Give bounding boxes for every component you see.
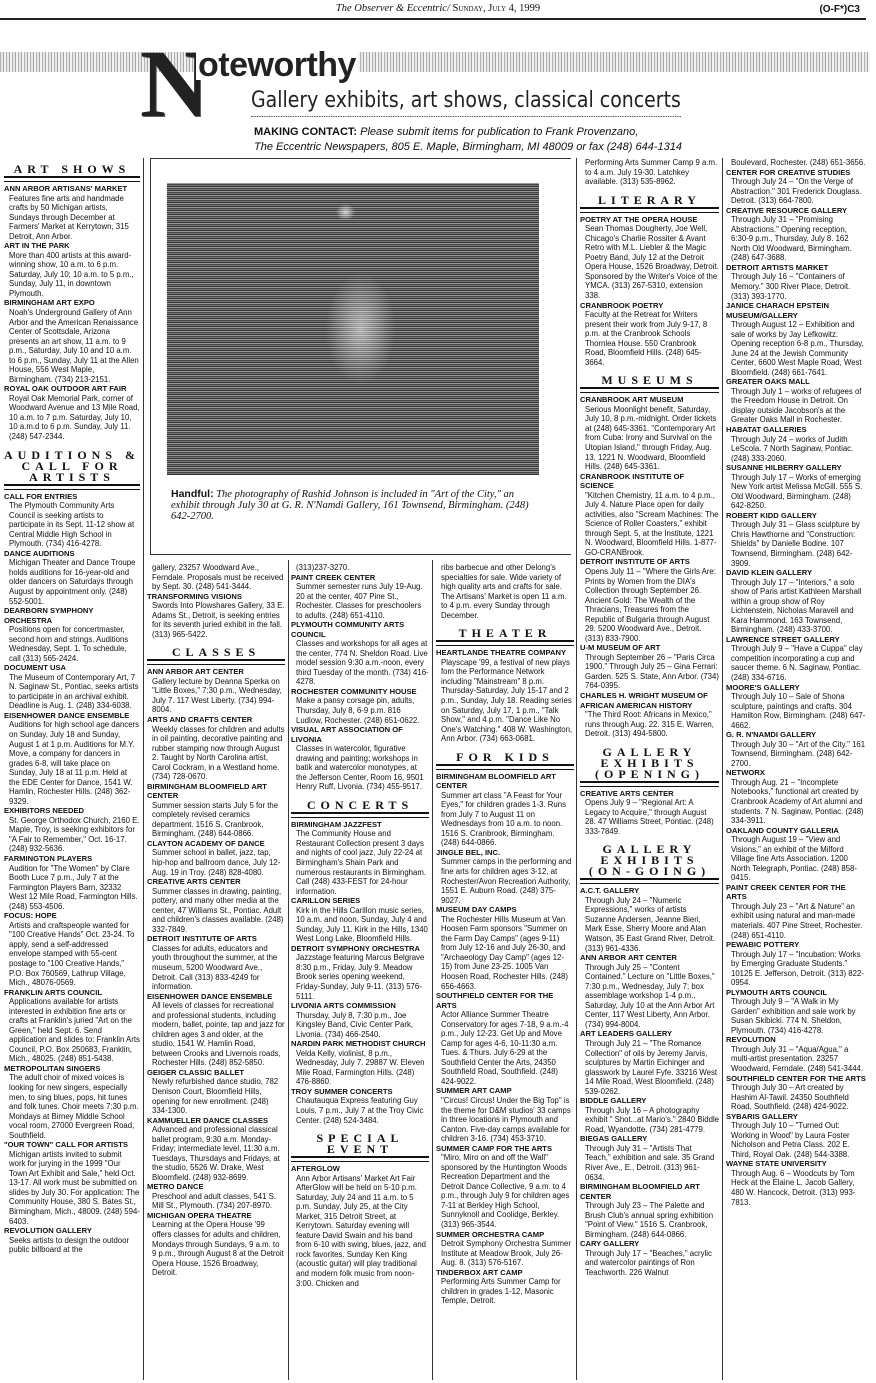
listing-text: Preschool and adult classes, 541 S. Mill…: [147, 1192, 285, 1211]
listing: Royal Oak Outdoor Art FairRoyal Oak Memo…: [4, 384, 140, 441]
listing: Jingle Bel, Inc.Summer camps in the perf…: [436, 848, 574, 905]
listing: Art Leaders GalleryThrough July 21 – "Th…: [580, 1029, 719, 1096]
page-title: oteworthy: [196, 50, 358, 80]
listing-text: Through July 10 – "Turned Out: Working i…: [726, 1121, 866, 1159]
listing-name: Eisenhower Dance Ensemble: [4, 711, 140, 721]
listing: Summer Art Camp"Circus! Circus! Under th…: [436, 1086, 574, 1143]
listing-name: Heartlande Theatre Company: [436, 648, 574, 658]
listing: Metro DancePreschool and adult classes, …: [147, 1182, 285, 1211]
listing-text: "Kitchen Chemistry, 11 a.m. to 4 p.m., J…: [580, 491, 719, 558]
page-code: (O-F*)C3: [819, 4, 860, 15]
listing-text: Actor Alliance Summer Theatre Conservato…: [436, 1010, 574, 1086]
listing-name: Creative Arts Center: [147, 877, 285, 887]
section-rule: [580, 878, 719, 884]
listing-text: Michigan artists invited to submit work …: [4, 1150, 140, 1226]
listing-name: Birmingham Bloomfield Art Center: [580, 1182, 719, 1201]
listing-text: Through July 17 – "Beaches," acrylic and…: [580, 1249, 719, 1278]
listing: Eisenhower Dance EnsembleAll levels of c…: [147, 992, 285, 1068]
listing-continued: Boulevard, Rochester. (248) 651-3656.: [726, 158, 866, 168]
listing-text: St. George Orthodox Church, 2160 E. Mapl…: [4, 816, 140, 854]
listing-name: Janice Charach Epstein Museum/Gallery: [726, 301, 866, 320]
section-title-for-kids: FOR KIDS: [436, 752, 574, 763]
caption-text: The photography of Rashid Johnson is inc…: [171, 489, 529, 522]
listing: "Our Town" Call for ArtistsMichigan arti…: [4, 1140, 140, 1226]
listing-name: Cranbrook Art Museum: [580, 395, 719, 405]
listing-text: Serious Moonlight benefit, Saturday, Jul…: [580, 405, 719, 472]
listing-name: Tinderbox Art Camp: [436, 1268, 574, 1278]
listing-text: Opens July 11 – "Where the Girls Are: Pr…: [580, 567, 719, 643]
section-title-gallery-ongoing: GALLERY EXHIBITS (ON-GOING): [580, 844, 719, 877]
listing-name: Birmingham Art Expo: [4, 298, 140, 308]
section-title-literary: LITERARY: [580, 195, 719, 206]
listing: Arts and Crafts CenterWeekly classes for…: [147, 715, 285, 782]
listing: Southfield Center for the ArtsThrough Ju…: [726, 1074, 866, 1112]
listing: Oakland County GalleriaThrough August 19…: [726, 826, 866, 883]
listing: Summer Orchestra CampDetroit Symphony Or…: [436, 1230, 574, 1268]
listing-text: Kirk in the Hills Carillon music series,…: [291, 906, 429, 944]
section-rule: [147, 659, 285, 665]
section-rule: [580, 387, 719, 393]
listing-name: Pewabic Pottery: [726, 940, 866, 950]
listing: Museum Day CampsThe Rochester Hills Muse…: [436, 905, 574, 991]
listing-name: Ann Arbor Artisans' Market: [4, 184, 140, 194]
listing-name: Ann Arbor Art Center: [147, 667, 285, 677]
listing: Robert Kidd GalleryThrough July 31 – Gla…: [726, 511, 866, 568]
listing-name: Visual Art Association of Livonia: [291, 725, 429, 744]
listing-name: Nardin Park Methodist Church: [291, 1039, 429, 1049]
listing: Farmington PlayersAudition for "The Wome…: [4, 854, 140, 911]
listing: Metropolitan SingersThe adult choir of m…: [4, 1064, 140, 1140]
listing: Center for Creative StudiesThrough July …: [726, 168, 866, 206]
listing-text: Through July 24 – works of Judith LeScol…: [726, 435, 866, 464]
listing: Paint Creek Center for the ArtsThrough J…: [726, 883, 866, 940]
making-contact: MAKING CONTACT: Please submit items for …: [254, 125, 682, 155]
listing: Southfield Center for the ArtsActor Alli…: [436, 991, 574, 1086]
listing-text: Classes in watercolor, figurative drawin…: [291, 744, 429, 792]
section-title-art-shows: ART SHOWS: [4, 164, 140, 175]
contact-line-2: The Eccentric Newspapers, 805 E. Maple, …: [254, 141, 682, 153]
section-title-special-event: SPECIAL EVENT: [291, 1133, 429, 1155]
listing-continued: ribs barbecue and other Delong's special…: [436, 563, 574, 620]
listing-name: Habatat Galleries: [726, 425, 866, 435]
listing-text: Through July 17 – "Incubation: Works by …: [726, 950, 866, 988]
listing: Susanne Hilberry GalleryThrough July 17 …: [726, 463, 866, 511]
listing-text: Through August 12 – Exhibition and sale …: [726, 320, 866, 377]
listing: Paint Creek CenterSummer semester runs J…: [291, 573, 429, 621]
listing: Biddle GalleryThrough July 16 – A photog…: [580, 1096, 719, 1134]
listing-name: Cranbrook Poetry: [580, 301, 719, 311]
listing: Cranbrook Institute of Science"Kitchen C…: [580, 472, 719, 558]
listing-name: Center for Creative Studies: [726, 168, 866, 178]
listing-text: Audition for "The Women" by Clare Booth …: [4, 864, 140, 912]
listing-name: Metro Dance: [147, 1182, 285, 1192]
listing: Troy Summer ConcertsChautauqua Express f…: [291, 1087, 429, 1125]
section-title-museums: MUSEUMS: [580, 375, 719, 386]
listing-name: Transforming Visions: [147, 592, 285, 602]
listing-text: Through July 17 – "Interiors," a solo sh…: [726, 578, 866, 635]
listing-text: Weekly classes for children and adults i…: [147, 725, 285, 782]
section-title-theater: THEATER: [436, 628, 574, 639]
listing-name: A.C.T. Gallery: [580, 886, 719, 896]
listing-text: Artists and craftspeople wanted for "100…: [4, 921, 140, 988]
listing-text: Through July 21 – "The Romance Collectio…: [580, 1039, 719, 1096]
listing: Birmingham Bloomfield Art CenterThrough …: [580, 1182, 719, 1239]
listing-name: Revolution Gallery: [4, 1226, 140, 1236]
listing: Habatat GalleriesThrough July 24 – works…: [726, 425, 866, 463]
listing: Exhibitors NeededSt. George Orthodox Chu…: [4, 806, 140, 854]
listing-name: Franklin Arts Council: [4, 988, 140, 998]
listing-name: Rochester Community House: [291, 687, 429, 697]
listing: Birmingham Bloomfield Art CenterSummer s…: [147, 782, 285, 839]
publication-date: Sunday, July 4, 1999: [453, 3, 541, 14]
listing-name: Cary Gallery: [580, 1239, 719, 1249]
listing-name: Moore's Gallery: [726, 683, 866, 693]
column-rule: [143, 158, 144, 1380]
listing-name: Afterglow: [291, 1164, 429, 1174]
listing-name: Livonia Arts Commission: [291, 1001, 429, 1011]
listing: Dearborn Symphony OrchestraPositions ope…: [4, 606, 140, 663]
listing: Visual Art Association of LivoniaClasses…: [291, 725, 429, 792]
section-rule: [291, 1156, 429, 1162]
listing-name: Biddle Gallery: [580, 1096, 719, 1106]
listing-name: Wayne State University: [726, 1159, 866, 1169]
listing: Franklin Arts CouncilApplications availa…: [4, 988, 140, 1064]
listing-text: The Rochester Hills Museum at Van Hoosen…: [436, 915, 574, 991]
contact-line-1: Please submit items for publication to F…: [360, 126, 638, 138]
listing-name: Susanne Hilberry Gallery: [726, 463, 866, 473]
listing-text: Through July 31 – "Aqua/Agua," a multi-a…: [726, 1045, 866, 1074]
listing-continued: gallery, 23257 Woodward Ave., Ferndale. …: [147, 563, 285, 592]
listing-text: Learning at the Opera House '99 offers c…: [147, 1220, 285, 1277]
listing: Kammueller Dance ClassesAdvanced and pro…: [147, 1116, 285, 1183]
listing-name: Art in the Park: [4, 241, 140, 251]
listing-text: Make a pansy corsage pin, adults, Thursd…: [291, 696, 429, 725]
listing: Creative Resource GalleryThrough July 31…: [726, 206, 866, 263]
listing-name: Metropolitan Singers: [4, 1064, 140, 1074]
photo-caption: Handful: The photography of Rashid Johns…: [171, 489, 541, 522]
listing-name: Dance Auditions: [4, 549, 140, 559]
listing-text: Through July 17 – Works of emerging New …: [726, 473, 866, 511]
listing-text: Velda Kelly, violinist, 8 p.m., Wednesda…: [291, 1049, 429, 1087]
listing-text: Through July 16 – "Containers of Memory.…: [726, 272, 866, 301]
listing: Lawrence Street GalleryThrough July 9 – …: [726, 635, 866, 683]
listing: RevolutionThrough July 31 – "Aqua/Agua,"…: [726, 1035, 866, 1073]
listing: U-M Museum of ArtThrough September 26 – …: [580, 643, 719, 691]
listing-text: Jazzstage featuring Marcus Belgrave 8:30…: [291, 953, 429, 1001]
listing-text: Summer classes in drawing, painting, pot…: [147, 887, 285, 935]
listing-text: Positions open for concertmaster, second…: [4, 625, 140, 663]
listing-text: The Plymouth Community Arts Council is s…: [4, 501, 140, 549]
listing-name: Birmingham Bloomfield Art Center: [436, 772, 574, 791]
photo-rashid-johnson: [167, 183, 539, 475]
listing: Plymouth Community Arts CouncilClasses a…: [291, 620, 429, 687]
listing: Greater Oaks MallThrough July 1 – works …: [726, 377, 866, 425]
section-title-gallery-opening: GALLERY EXHIBITS (OPENING): [580, 747, 719, 780]
listing-text: Through July 30 – "Art of the City." 161…: [726, 740, 866, 769]
listing: Detroit Institute of ArtsOpens July 11 –…: [580, 557, 719, 643]
section-rule: [580, 207, 719, 213]
listing-name: Cranbrook Institute of Science: [580, 472, 719, 491]
listing-text: Through July 31 – "Artists That Teach," …: [580, 1144, 719, 1182]
listing-text: Gallery lecture by Deanna Sperka on "Lit…: [147, 677, 285, 715]
listing: Plymouth Arts CouncilThrough July 9 – "A…: [726, 988, 866, 1036]
listing-text: Detroit Symphony Orchestra Summer Instit…: [436, 1239, 574, 1268]
listing: Moore's GalleryThrough July 10 – Sale of…: [726, 683, 866, 731]
listing: Ann Arbor Art CenterGallery lecture by D…: [147, 667, 285, 715]
listing-text: Summer camps in the performing and fine …: [436, 857, 574, 905]
listing-name: Summer Art Camp: [436, 1086, 574, 1096]
listing: Janice Charach Epstein Museum/GalleryThr…: [726, 301, 866, 377]
publication-line: The Observer & Eccentric/ Sunday, July 4…: [0, 3, 876, 14]
listing-name: Robert Kidd Gallery: [726, 511, 866, 521]
listing-name: Greater Oaks Mall: [726, 377, 866, 387]
listing-text: Through July 10 – Sale of Shona sculptur…: [726, 692, 866, 730]
listing-name: "Our Town" Call for Artists: [4, 1140, 140, 1150]
listing: Birmingham Art ExpoNoah's Underground Ga…: [4, 298, 140, 384]
listing: Carillon SeriesKirk in the Hills Carillo…: [291, 896, 429, 944]
listing: Cranbrook Art MuseumSerious Moonlight be…: [580, 395, 719, 471]
title-line: (OPENING): [580, 769, 719, 780]
listing-name: Detroit Institute of Arts: [147, 934, 285, 944]
listing-name: Plymouth Community Arts Council: [291, 620, 429, 639]
listing: Detroit Institute of ArtsClasses for adu…: [147, 934, 285, 991]
listing-text: Summer school in ballet, jazz, tap, hip-…: [147, 848, 285, 877]
listing: Nardin Park Methodist ChurchVelda Kelly,…: [291, 1039, 429, 1087]
section-rule: [436, 764, 574, 770]
listing-name: Focus: Hope: [4, 911, 140, 921]
listing: Heartlande Theatre CompanyPlayscape '99,…: [436, 648, 574, 743]
listing: Dance AuditionsMichigan Theater and Danc…: [4, 549, 140, 606]
listing-name: G. R. N'Namdi Gallery: [726, 730, 866, 740]
listing-text: Classes and workshops for all ages at th…: [291, 639, 429, 687]
column-2: gallery, 23257 Woodward Ave., Ferndale. …: [147, 563, 285, 1278]
listing-text: Summer art class "A Feast for Your Eyes,…: [436, 791, 574, 848]
listing-name: Summer Camp for the Arts: [436, 1144, 574, 1154]
listing-name: Arts and Crafts Center: [147, 715, 285, 725]
listing-name: Lawrence Street Gallery: [726, 635, 866, 645]
listing-text: Through September 26 – "Paris Circa 1900…: [580, 653, 719, 691]
contact-label: MAKING CONTACT:: [254, 126, 357, 138]
listing: Cary GalleryThrough July 17 – "Beaches,"…: [580, 1239, 719, 1277]
listing-name: Document USA: [4, 663, 140, 673]
listing-text: "Circus! Circus! Under the Big Top" is t…: [436, 1096, 574, 1144]
listing-text: Sean Thomas Dougherty, Joe Well, Chicago…: [580, 224, 719, 300]
listing: Call for EntriesThe Plymouth Community A…: [4, 492, 140, 549]
listing-text: Performing Arts Summer Camp for children…: [436, 1277, 574, 1306]
publication-name: The Observer & Eccentric/: [336, 3, 450, 14]
listing-text: Through July 1 – works of refugees of th…: [726, 387, 866, 425]
listing-text: Through July 23 – The Palette and Brush …: [580, 1201, 719, 1239]
listing-name: Royal Oak Outdoor Art Fair: [4, 384, 140, 394]
listing-name: Southfield Center for the Arts: [726, 1074, 866, 1084]
listing-name: Detroit Symphony Orchestra: [291, 944, 429, 954]
section-rule: [291, 812, 429, 818]
listing-text: Features fine arts and handmade crafts b…: [4, 194, 140, 242]
listing-name: Charles H. Wright Museum of African Amer…: [580, 691, 719, 710]
listing: Birmingham JazzfestThe Community House a…: [291, 820, 429, 896]
listing: Rochester Community HouseMake a pansy co…: [291, 687, 429, 725]
listing: Creative Arts CenterSummer classes in dr…: [147, 877, 285, 934]
listing-text: The Museum of Contemporary Art, 7 N. Sag…: [4, 673, 140, 711]
page-subtitle: Gallery exhibits, art shows, classical c…: [251, 88, 681, 117]
header-texture-band: [0, 52, 870, 72]
listing-name: Creative Resource Gallery: [726, 206, 866, 216]
caption-label: Handful:: [171, 488, 214, 500]
listing-text: Through July 9 – "A Walk in My Garden" e…: [726, 997, 866, 1035]
listing-name: Paint Creek Center: [291, 573, 429, 583]
title-line: (ON-GOING): [580, 866, 719, 877]
listing-continued: Performing Arts Summer Camp 9 a.m. to 4 …: [580, 158, 719, 187]
listing: Charles H. Wright Museum of African Amer…: [580, 691, 719, 739]
listing: Geiger Classic BalletNewly refurbished d…: [147, 1068, 285, 1116]
listing-text: "Miro, Miro on and off the Wall" sponsor…: [436, 1153, 574, 1229]
column-rule: [576, 158, 577, 1380]
column-6: Boulevard, Rochester. (248) 651-3656. Ce…: [726, 158, 866, 1207]
listing-text: Through August 19 – "View and Visions," …: [726, 835, 866, 883]
listing-name: David Klein Gallery: [726, 568, 866, 578]
listing: Michigan Opera TheatreLearning at the Op…: [147, 1211, 285, 1278]
listing-text: Faculty at the Retreat for Writers prese…: [580, 310, 719, 367]
listing-text: Thursday, July 8, 7:30 p.m., Joe Kingsle…: [291, 1011, 429, 1040]
listing-text: Applications available for artists inter…: [4, 997, 140, 1064]
listing-text: Through Aug. 6 – Woodcuts by Tom Heck at…: [726, 1169, 866, 1207]
listing-text: All levels of classes for recreational a…: [147, 1001, 285, 1068]
listing: Biegas GalleryThrough July 31 – "Artists…: [580, 1134, 719, 1182]
listing: Art in the ParkMore than 400 artists at …: [4, 241, 140, 298]
listing-text: Summer session starts July 5 for the com…: [147, 801, 285, 839]
listing-text: Through July 25 – "Content Contained." L…: [580, 963, 719, 1030]
listing-name: Oakland County Galleria: [726, 826, 866, 836]
listing-text: Newly refurbished dance studio, 782 Deni…: [147, 1077, 285, 1115]
listing-name: Detroit Institute of Arts: [580, 557, 719, 567]
listing: Sybaris GalleryThrough July 10 – "Turned…: [726, 1112, 866, 1160]
listing-text: Ann Arbor Artisans' Market Art Fair Afte…: [291, 1174, 429, 1289]
listing-name: Dearborn Symphony Orchestra: [4, 606, 140, 625]
column-1: ART SHOWS Ann Arbor Artisans' MarketFeat…: [4, 158, 140, 1255]
masthead: The Observer & Eccentric/ Sunday, July 4…: [0, 0, 876, 40]
listing: G. R. N'Namdi GalleryThrough July 30 – "…: [726, 730, 866, 768]
listing: Tinderbox Art CampPerforming Arts Summer…: [436, 1268, 574, 1306]
listing-text: The Community House and Restaurant Colle…: [291, 829, 429, 896]
listing: Focus: HopeArtists and craftspeople want…: [4, 911, 140, 987]
listing-name: Plymouth Arts Council: [726, 988, 866, 998]
listing-name: U-M Museum of Art: [580, 643, 719, 653]
listing-text: Through July 31 – Glass sculpture by Chr…: [726, 520, 866, 568]
listing-name: Sybaris Gallery: [726, 1112, 866, 1122]
listing-text: Noah's Underground Gallery of Ann Arbor …: [4, 308, 140, 384]
listing: Birmingham Bloomfield Art CenterSummer a…: [436, 772, 574, 848]
listing-text: Opens July 9 – "Regional Art: A Legacy t…: [580, 798, 719, 836]
listing-continued: (313)237-3270.: [291, 563, 429, 573]
listing: Ann Arbor Art CenterThrough July 25 – "C…: [580, 953, 719, 1029]
listing: Wayne State UniversityThrough Aug. 6 – W…: [726, 1159, 866, 1207]
listing: A.C.T. GalleryThrough July 24 – "Numeric…: [580, 886, 719, 953]
listing-name: Networx: [726, 768, 866, 778]
listing-name: Birmingham Bloomfield Art Center: [147, 782, 285, 801]
section-rule: [580, 781, 719, 787]
section-rule: [4, 176, 140, 182]
listing-name: Summer Orchestra Camp: [436, 1230, 574, 1240]
listing: AfterglowAnn Arbor Artisans' Market Art …: [291, 1164, 429, 1288]
section-rule: [436, 640, 574, 646]
listing-name: Farmington Players: [4, 854, 140, 864]
listing-name: Troy Summer Concerts: [291, 1087, 429, 1097]
listing-text: Auditions for high school age dancers on…: [4, 720, 140, 806]
listing: Summer Camp for the Arts"Miro, Miro on a…: [436, 1144, 574, 1230]
listing-name: Creative Arts Center: [580, 789, 719, 799]
listing: Detroit Artists MarketThrough July 16 – …: [726, 263, 866, 301]
listing-text: Through July 30 – Art created by Hashim …: [726, 1083, 866, 1112]
listing-name: Kammueller Dance Classes: [147, 1116, 285, 1126]
listing: Transforming VisionsSwords Into Plowshar…: [147, 592, 285, 640]
masthead-rule: [0, 18, 866, 20]
listing-text: Seeks artists to design the outdoor publ…: [4, 1236, 140, 1255]
listing-name: Paint Creek Center for the Arts: [726, 883, 866, 902]
listing-text: Summer semester runs July 19-Aug. 20 at …: [291, 582, 429, 620]
listing: Clayton Academy of DanceSummer school in…: [147, 839, 285, 877]
listing-name: Geiger Classic Ballet: [147, 1068, 285, 1078]
listing-text: Through July 9 – "Have a Cuppa" clay com…: [726, 644, 866, 682]
section-title-auditions: AUDITIONS & CALL FOR ARTISTS: [4, 450, 140, 483]
listing-name: Revolution: [726, 1035, 866, 1045]
listing-text: "The Third Root: Africans in Mexico," ru…: [580, 710, 719, 739]
column-rule: [288, 560, 289, 1380]
listing-name: Biegas Gallery: [580, 1134, 719, 1144]
section-rule: [4, 484, 140, 490]
listing-text: Swords Into Plowshares Gallery, 33 E. Ad…: [147, 601, 285, 639]
listing: Document USAThe Museum of Contemporary A…: [4, 663, 140, 711]
section-title-concerts: CONCERTS: [291, 800, 429, 811]
listing-text: Through Aug. 21 – "Incomplete Notebooks,…: [726, 778, 866, 826]
listing: NetworxThrough Aug. 21 – "Incomplete Not…: [726, 768, 866, 825]
listing-text: Classes for adults, educators and youth …: [147, 944, 285, 992]
listing-name: Southfield Center for the Arts: [436, 991, 574, 1010]
listing-name: Detroit Artists Market: [726, 263, 866, 273]
listing-text: Playscape '99, a festival of new plays f…: [436, 658, 574, 744]
listing-name: Ann Arbor Art Center: [580, 953, 719, 963]
listing: Creative Arts CenterOpens July 9 – "Regi…: [580, 789, 719, 837]
listing-name: Exhibitors Needed: [4, 806, 140, 816]
column-rule: [722, 158, 723, 1380]
listing-text: Through July 16 – A photography exhibit …: [580, 1106, 719, 1135]
listing-text: Through July 31 – "Promising Abstraction…: [726, 215, 866, 263]
listing: Revolution GallerySeeks artists to desig…: [4, 1226, 140, 1255]
listing-text: Through July 24 – "On the Verge of Abstr…: [726, 177, 866, 206]
listing-text: The adult choir of mixed voices is looki…: [4, 1073, 140, 1140]
listing: Poetry at the Opera HouseSean Thomas Dou…: [580, 215, 719, 301]
column-4: ribs barbecue and other Delong's special…: [436, 563, 574, 1306]
listing-name: Birmingham Jazzfest: [291, 820, 429, 830]
listing: Livonia Arts CommissionThursday, July 8,…: [291, 1001, 429, 1039]
listing-text: Through July 23 – "Art & Nature" an exhi…: [726, 902, 866, 940]
listing-name: Poetry at the Opera House: [580, 215, 719, 225]
listing-text: Royal Oak Memorial Park, corner of Woodw…: [4, 394, 140, 442]
listing-text: More than 400 artists at this award-winn…: [4, 251, 140, 299]
listing-name: Clayton Academy of Dance: [147, 839, 285, 849]
listing-name: Carillon Series: [291, 896, 429, 906]
listing: Detroit Symphony OrchestraJazzstage feat…: [291, 944, 429, 1001]
column-rule: [432, 560, 433, 1380]
listing: David Klein GalleryThrough July 17 – "In…: [726, 568, 866, 635]
listing-name: Art Leaders Gallery: [580, 1029, 719, 1039]
listing-name: Museum Day Camps: [436, 905, 574, 915]
listing-name: Eisenhower Dance Ensemble: [147, 992, 285, 1002]
listing-name: Call for Entries: [4, 492, 140, 502]
listing: Ann Arbor Artisans' MarketFeatures fine …: [4, 184, 140, 241]
listing: Cranbrook PoetryFaculty at the Retreat f…: [580, 301, 719, 368]
column-5: Performing Arts Summer Camp 9 a.m. to 4 …: [580, 158, 719, 1277]
listing-text: Michigan Theater and Dance Troupe holds …: [4, 558, 140, 606]
